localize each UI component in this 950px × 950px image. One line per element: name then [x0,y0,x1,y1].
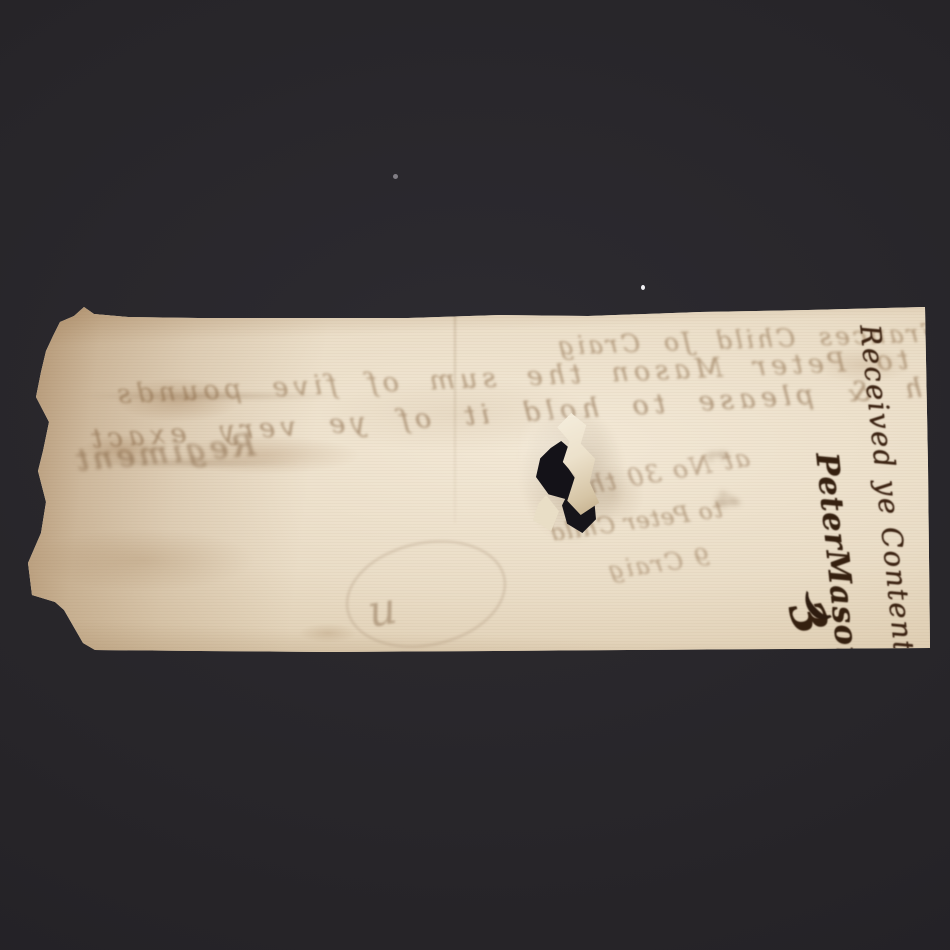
bleed-through-line: pay to Peter Mason the sum of five pound… [112,341,950,411]
signature-flourish: 3 [777,593,839,642]
paper-top-edge-toning [28,305,933,653]
bleed-through-line: 9 Craig [605,543,712,585]
torn-paper-flap [533,495,559,531]
bleed-through-line: Regiment [71,427,257,479]
vertical-fold-crease [454,313,456,523]
paper-laid-texture [28,305,933,653]
endorsement-received-line: Received ye Contents [853,323,922,672]
photo-backdrop: Frances Child Jo Craig pay to Peter Maso… [0,0,950,950]
pencil-squiggle-mark: u [364,583,401,638]
bleed-through-line: at No 30 th [584,443,752,500]
bleed-through-line: wch & please to hold it of ye very exact [85,370,950,455]
pencil-oval-mark [336,526,516,661]
endorsement-signature: PeterMason [808,451,867,671]
bleed-through-line: Frances Child Jo Craig [555,318,940,360]
paper-left-edge-toning [28,305,933,653]
paper-bottom-edge-toning [28,305,933,653]
ink-crescent-mark: ( [790,588,837,629]
paper-stains [28,305,933,653]
bleed-through-smudge: t 4 [700,447,747,523]
dust-speck [393,174,398,179]
horizontal-crease [40,457,330,469]
horizontal-crease [46,391,376,401]
document-paper: Frances Child Jo Craig pay to Peter Maso… [28,305,933,653]
dust-speck [641,285,645,290]
